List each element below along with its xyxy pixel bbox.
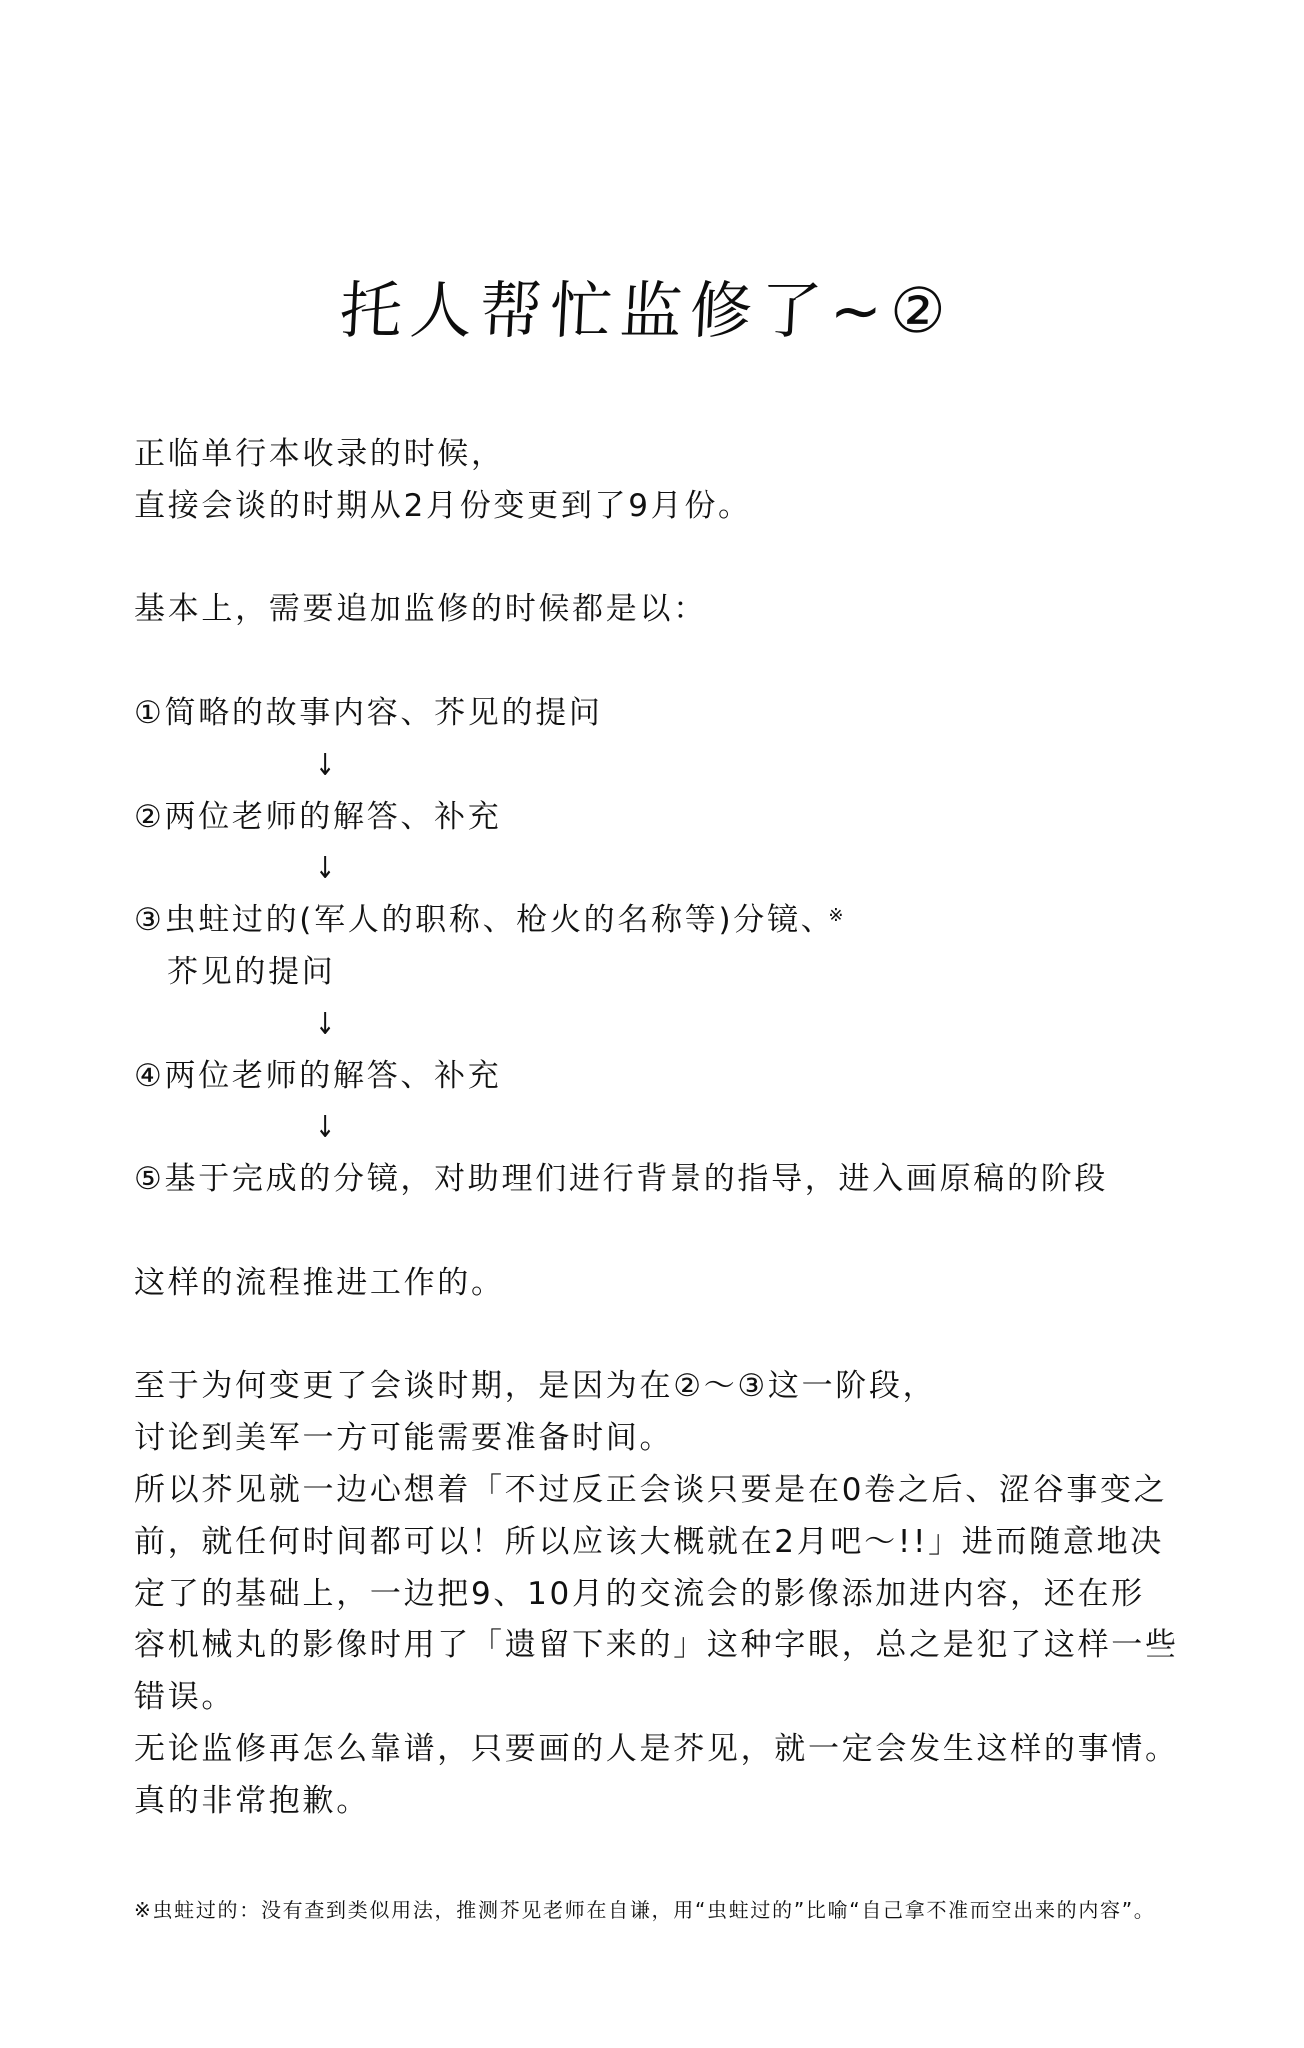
down-arrow-icon: ↓ [313,999,337,1051]
intro-line-2: 直接会谈的时期从2月份变更到了9月份。 [134,481,1244,533]
footnote-reference-mark: ※ [828,907,843,925]
intro-line-1: 正临单行本收录的时候， [134,429,1244,481]
step-1: ①简略的故事内容、芥见的提问 [134,688,1244,740]
explanation-line-2: 讨论到美军一方可能需要准备时间。 [134,1413,1244,1465]
step-2: ②两位老师的解答、补充 [134,792,1244,844]
process-intro: 基本上，需要追加监修的时候都是以： [134,584,1244,636]
body-text: 正临单行本收录的时候， 直接会谈的时期从2月份变更到了9月份。 基本上，需要追加… [134,429,1244,1828]
explanation-line-9: 真的非常抱歉。 [134,1776,1244,1828]
spacer [134,1310,1244,1362]
down-arrow-icon: ↓ [313,843,337,895]
explanation-line-7: 错误。 [134,1672,1244,1724]
flow-arrow-row: ↓ [134,1102,1244,1154]
step-5: ⑤基于完成的分镜，对助理们进行背景的指导，进入画原稿的阶段 [134,1154,1244,1206]
step-3-continuation: 芥见的提问 [134,947,1244,999]
translator-footnote: ※虫蛀过的：没有查到类似用法，推测芥见老师在自谦，用“虫蛀过的”比喻“自己拿不准… [134,1895,1156,1925]
explanation-line-5: 定了的基础上，一边把9、10月的交流会的影像添加进内容，还在形 [134,1569,1244,1621]
spacer [134,1206,1244,1258]
down-arrow-icon: ↓ [313,740,337,792]
step-4: ④两位老师的解答、补充 [134,1051,1244,1103]
spacer [134,533,1244,585]
step-3: ③虫蛀过的(军人的职称、枪火的名称等)分镜、※ [134,895,1244,947]
explanation-line-4: 前，就任何时间都可以！所以应该大概就在2月吧～!!」进而随意地决 [134,1517,1244,1569]
explanation-line-1: 至于为何变更了会谈时期，是因为在②～③这一阶段， [134,1361,1244,1413]
explanation-line-3: 所以芥见就一边心想着「不过反正会谈只要是在0卷之后、涩谷事变之 [134,1465,1244,1517]
page-title: 托人帮忙监修了~② [338,268,993,354]
explanation-line-8: 无论监修再怎么靠谱，只要画的人是芥见，就一定会发生这样的事情。 [134,1724,1244,1776]
down-arrow-icon: ↓ [313,1102,337,1154]
step-3-text: ③虫蛀过的(军人的职称、枪火的名称等)分镜、 [134,902,834,938]
spacer [134,636,1244,688]
flow-arrow-row: ↓ [134,843,1244,895]
flow-arrow-row: ↓ [134,999,1244,1051]
flow-arrow-row: ↓ [134,740,1244,792]
process-outro: 这样的流程推进工作的。 [134,1258,1244,1310]
explanation-line-6: 容机械丸的影像时用了「遗留下来的」这种字眼，总之是犯了这样一些 [134,1620,1244,1672]
